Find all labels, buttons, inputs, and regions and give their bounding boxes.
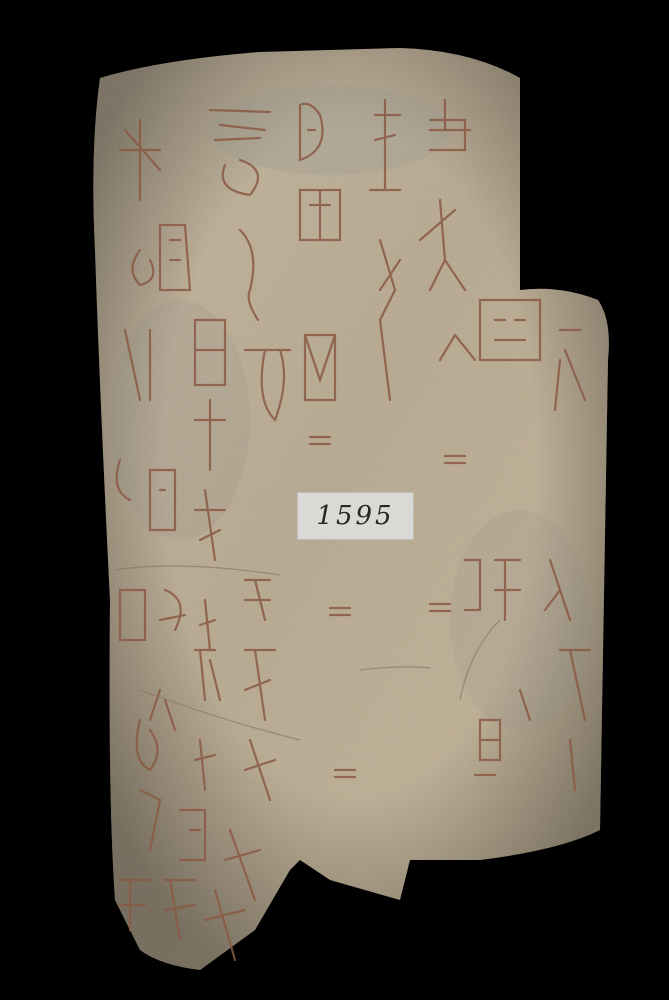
- catalog-number-label: 1595: [297, 492, 414, 540]
- catalog-number: 1595: [316, 501, 394, 531]
- photo-background: 1595: [0, 0, 669, 1000]
